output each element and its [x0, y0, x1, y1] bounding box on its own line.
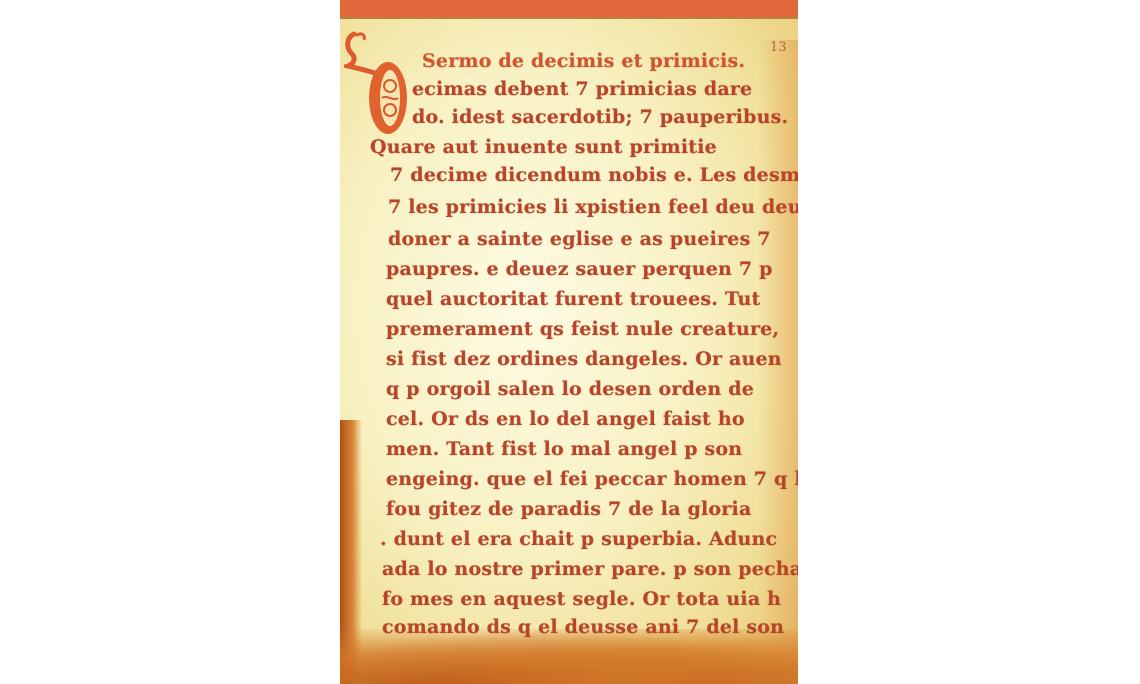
manuscript-line: ecimas debent 7 primicias dare [412, 78, 752, 100]
manuscript-line: Sermo de decimis et primicis. [422, 50, 745, 72]
manuscript-line: men. Tant fist lo mal angel p son [386, 438, 742, 460]
manuscript-line: do. idest sacerdotib; 7 pauperibus. [412, 106, 788, 128]
manuscript-line: engeing. que el fei peccar homen 7 q l [386, 468, 798, 490]
manuscript-line: si fist dez ordines dangeles. Or auen [386, 348, 782, 370]
manuscript-line: premerament qs feist nule creature, [386, 318, 779, 340]
manuscript-line: 7 decime dicendum nobis e. Les desmes [390, 164, 798, 186]
manuscript-line: . dunt el era chait p superbia. Adunc [380, 528, 777, 550]
manuscript-line: cel. Or ds en lo del angel faist ho [386, 408, 745, 430]
manuscript-line: quel auctoritat furent trouees. Tut [386, 288, 761, 310]
manuscript-line: Quare aut inuente sunt primitie [370, 136, 717, 158]
manuscript-line: q p orgoil salen lo desen orden de [386, 378, 754, 400]
manuscript-line: ada lo nostre primer pare. p son pecha [382, 558, 798, 580]
manuscript-line: paupres. e deuez sauer perquen 7 p [386, 258, 773, 280]
manuscript-line: comando ds q el deusse ani 7 del son [382, 616, 784, 638]
manuscript-line: fou gitez de paradis 7 de la gloria [386, 498, 751, 520]
manuscript-page: 13 Sermo de decimis et primicis. ecimas … [340, 0, 798, 684]
manuscript-line: doner a sainte eglise e as pueires 7 [388, 228, 771, 250]
manuscript-line: 7 les primicies li xpistien feel deu deu… [388, 196, 798, 218]
manuscript-line: fo mes en aquest segle. Or tota uia h [382, 588, 781, 610]
manuscript-text: Sermo de decimis et primicis. ecimas deb… [340, 0, 798, 684]
